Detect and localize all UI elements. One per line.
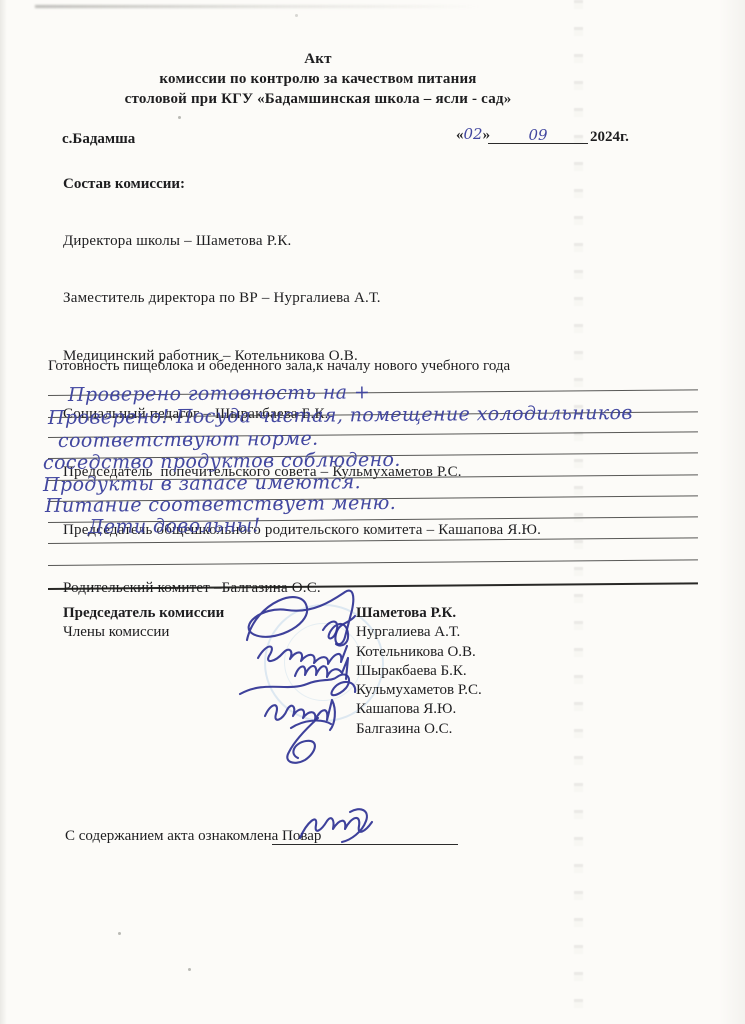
commission-member: Директора школы – Шаметова Р.К. [63,232,541,251]
handwritten-note: Проверено готовность на + [68,382,370,406]
signature-name: Шаметова Р.К. [356,604,482,623]
date-open-quote: « [456,127,464,143]
signature-names-list: Шаметова Р.К. Нургалиева А.Т. Котельнико… [356,604,482,739]
scan-speck [178,116,181,119]
signature-strokes [195,582,370,767]
signature-shametova [247,591,355,645]
scan-streak-vertical [574,0,583,1024]
title-line-1: Акт [58,50,578,70]
signature-name: Балгазина О.С. [356,720,482,739]
scan-speck [295,14,298,17]
signature-name: Кульмухаметов Р.С. [356,681,482,700]
signature-name: Котельникова О.В. [356,643,482,662]
scan-edge-left [0,0,7,1024]
signature-name: Шыракбаева Б.К. [356,662,482,681]
handwritten-note: Питание соответствует меню. [45,493,396,517]
signature-kotelnikova [258,646,347,664]
date-month-handwritten: 09 [528,126,547,144]
signature-kashapova [265,700,335,730]
handwritten-note: соответствуют норме. [58,429,319,452]
date-month-line: 09 [488,127,588,144]
title-line-3: столовой при КГУ «Бадамшинская школа – я… [58,90,578,110]
document-title: Акт комиссии по контролю за качеством пи… [58,50,578,109]
cook-signature [292,804,387,846]
date-year: 2024г. [590,128,629,147]
signature-name: Нургалиева А.Т. [356,623,482,642]
handwritten-note: Дети довольны! [88,515,261,538]
commission-member: Заместитель директора по ВР – Нургалиева… [63,289,541,308]
scanned-act-document: Акт комиссии по контролю за качеством пи… [0,0,745,1024]
members-label: Члены комиссии [63,623,169,642]
place-name: с.Бадамша [62,130,135,149]
title-line-2: комиссии по контролю за качеством питани… [58,70,578,90]
signature-name: Кашапова Я.Ю. [356,700,482,719]
signature-kulmukhametov [240,675,355,696]
scan-edge-right [719,0,745,1024]
handwritten-note: Проверено! Посуда чистая, помещение холо… [48,403,633,429]
signature-balgazina [287,718,331,763]
scan-smudge-top [35,5,480,8]
scan-speck [188,968,191,971]
commission-heading: Состав комиссии: [63,175,185,194]
scan-speck [118,932,121,935]
subject-line: Готовность пищеблока и обеденного зала,к… [48,357,510,376]
date-day-handwritten: 02 [464,125,483,143]
date-row: «02» [456,126,490,146]
